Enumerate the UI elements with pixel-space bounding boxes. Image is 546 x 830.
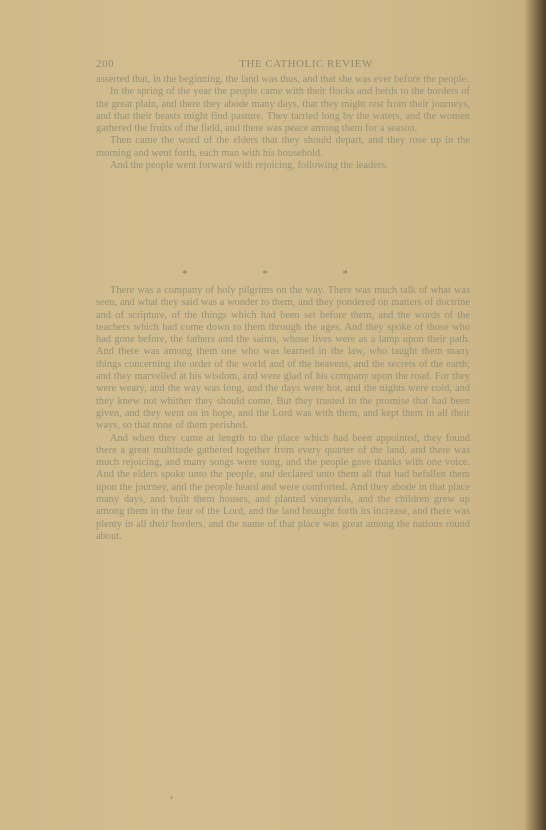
page-number: 200 — [96, 58, 114, 70]
paragraph: In the spring of the year the people cam… — [96, 86, 470, 135]
section-separator: * * * — [96, 268, 470, 280]
footer-mark: • — [170, 793, 173, 803]
paragraph: There was a company of holy pilgrims on … — [96, 285, 470, 433]
paragraph: And when they came at length to the plac… — [96, 433, 470, 544]
paragraph: Then came the word of the elders that th… — [96, 135, 470, 160]
section-two: There was a company of holy pilgrims on … — [96, 285, 470, 543]
section-one: asserted that, in the beginning, the lan… — [96, 74, 470, 172]
paragraph: And the people went forward with rejoici… — [96, 160, 470, 172]
book-page: 200 THE CATHOLIC REVIEW asserted that, i… — [0, 0, 546, 830]
paragraph: asserted that, in the beginning, the lan… — [96, 74, 470, 86]
running-title: THE CATHOLIC REVIEW — [176, 58, 436, 70]
running-header: 200 THE CATHOLIC REVIEW — [96, 58, 468, 72]
